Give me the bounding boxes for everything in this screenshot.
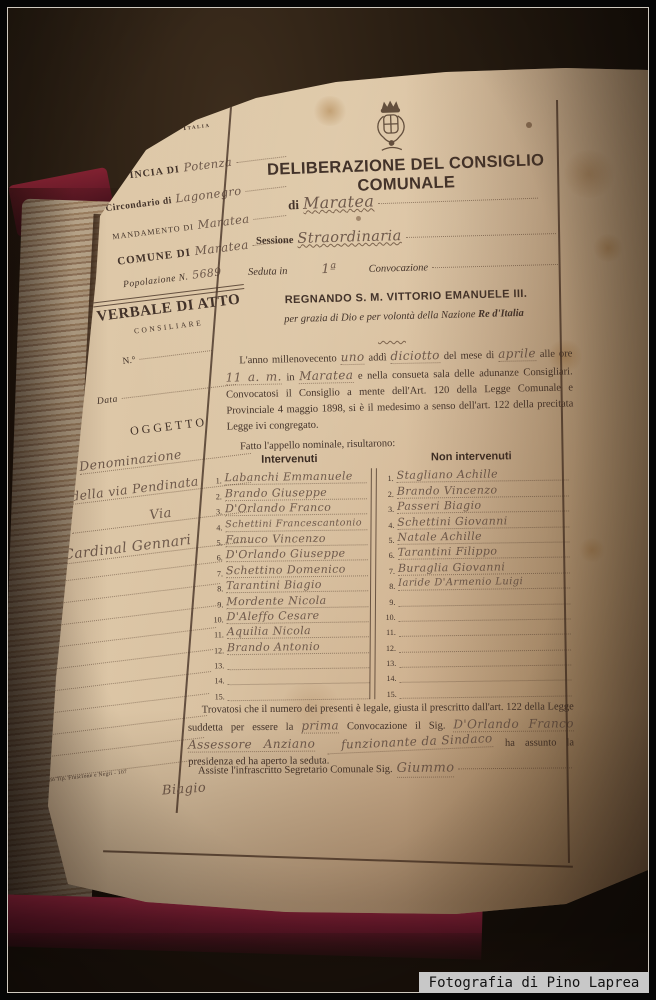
opening-hand-hour: 11 a. m. [226, 369, 282, 385]
session-label: Sessione [256, 235, 294, 247]
absent-name: Buraglia Giovanni [398, 560, 570, 575]
roll-row-present: 6.D'Orlando Giuseppe [206, 545, 368, 563]
number-label: N.° [122, 355, 136, 367]
roll-row-present: 2.Brando Giuseppe [205, 484, 367, 502]
date-row: Data [96, 380, 236, 407]
roll-row-absent: 14. [379, 666, 571, 684]
present-name: Schettino Domenico [226, 563, 368, 578]
closing-hand-insert: funzionante da Sindaco [327, 730, 493, 754]
date-label: Data [96, 395, 118, 407]
absent-header: Non intervenuti [374, 449, 568, 464]
roll-call-body: 1.Labanchi Emmanuele 2.Brando Giuseppe 3… [205, 465, 572, 701]
regnando-heading: REGNANDO S. M. VITTORIO EMANUELE III. [238, 287, 574, 308]
session-value: Straordinaria [297, 228, 402, 247]
roll-row-absent: 2.Brando Vincenzo [377, 481, 569, 499]
row-number: 13. [207, 661, 227, 670]
sidebar-blank-line [51, 626, 216, 648]
row-number: 4. [205, 523, 225, 532]
secretary-first-name: Biagio [162, 780, 207, 798]
roll-row-present: 5.Fanuco Vincenzo [205, 530, 367, 548]
sidebar-blank-line [52, 604, 218, 626]
roll-row-absent: 7.Buraglia Giovanni [378, 558, 570, 576]
present-name: Fanuco Vincenzo [225, 532, 367, 547]
secretary-surname: Giummo [397, 760, 455, 778]
roll-row-absent: 4.Schettini Giovanni [377, 512, 569, 530]
ruled-line [139, 349, 212, 360]
district-label: Circondario di [105, 196, 172, 214]
row-number: 5. [205, 538, 225, 547]
opening-print: addì [368, 352, 386, 363]
roll-row-present: 10.D'Aleffo Cesare [206, 607, 368, 625]
roll-row-present: 12.Brando Antonio [207, 638, 369, 656]
row-number: 1. [205, 477, 225, 486]
row-number: 11. [379, 628, 399, 637]
row-number: 14. [379, 674, 399, 683]
district-value: Lagonegro [175, 184, 243, 206]
present-name: D'Aleffo Cesare [226, 609, 368, 624]
row-number: 11. [207, 631, 227, 640]
roll-call: Intervenuti Non intervenuti 1.Labanchi E… [204, 449, 571, 701]
present-name: Brando Antonio [227, 640, 369, 655]
row-number: 12. [379, 644, 399, 653]
opening-hand-month: aprile [498, 346, 536, 362]
roll-call-middle-rule [369, 468, 377, 699]
ruled-line [458, 766, 572, 769]
row-number: 9. [206, 600, 226, 609]
absent-name: Iaride D'Armenio Luigi [398, 576, 570, 591]
ruled-line [122, 383, 236, 399]
age-stain [592, 234, 624, 262]
row-number: 5. [377, 536, 397, 545]
row-number: 3. [377, 505, 397, 514]
ruled-line [432, 263, 558, 268]
present-name: Brando Giuseppe [225, 486, 367, 501]
ink-flourish [378, 326, 406, 344]
row-number: 12. [207, 646, 227, 655]
roll-row-absent: 1.Stagliano Achille [377, 465, 569, 483]
roll-row-absent: 6.Tarantini Filippo [378, 542, 570, 560]
age-stain [578, 538, 606, 562]
opening-hand-year: uno [340, 350, 364, 365]
population-label: Popolazione N. [123, 272, 189, 290]
row-number: 8. [378, 582, 398, 591]
opening-print: L'anno millenovecento [239, 353, 337, 366]
row-number: 10. [207, 615, 227, 624]
row-number: 15. [380, 690, 400, 699]
roll-row-present: 3.D'Orlando Franco [205, 499, 367, 517]
row-number: 6. [206, 554, 226, 563]
roll-row-absent: 15. [380, 681, 572, 699]
roll-row-absent: 10. [378, 604, 570, 622]
opening-hand-place: Maratea [299, 368, 354, 384]
roll-row-absent: 5.Natale Achille [377, 527, 569, 545]
royal-coat-of-arms-icon [370, 99, 412, 154]
watermark-text: Fotografia di Pino Laprea [429, 975, 640, 991]
absent-name: Schettini Giovanni [397, 514, 569, 529]
di-value: Maratea [303, 191, 375, 212]
secretary-label: Assiste l'infrascritto Segretario Comuna… [198, 762, 393, 780]
absent-name: Tarantini Filippo [398, 545, 570, 560]
row-number: 15. [208, 692, 228, 701]
watermark-bar: Fotografia di Pino Laprea [419, 972, 649, 993]
mandamento-label: MANDAMENTO DI [112, 222, 194, 241]
content-bottom-rule [103, 850, 573, 867]
session-row: Sessione Straordinaria [256, 224, 556, 248]
sidebar-blank-line [53, 582, 220, 604]
roll-row-absent: 11. [379, 619, 571, 637]
ruled-line [406, 232, 556, 238]
present-name: Schettini Francescantonio [225, 517, 367, 532]
regnando-sub-bold: Re d'Italia [478, 308, 524, 320]
roll-row-present: 15. [208, 684, 370, 702]
row-number: 9. [378, 597, 398, 606]
present-column: 1.Labanchi Emmanuele 2.Brando Giuseppe 3… [205, 468, 370, 701]
ink-speck [526, 122, 532, 128]
roll-row-absent: 13. [379, 650, 571, 668]
age-stain [312, 96, 348, 126]
present-name: Mordente Nicola [226, 594, 368, 609]
regnando-sub-text: per grazia di Dio e per volontà della Na… [284, 309, 476, 325]
opening-print: in [286, 372, 294, 383]
present-name: Tarantini Biagio [226, 578, 368, 593]
comune-value: Maratea [194, 238, 250, 259]
row-number: 8. [206, 584, 226, 593]
closing-print: Convocazione il Sig. [347, 720, 445, 732]
roll-row-absent: 12. [379, 635, 571, 653]
present-name: D'Orlando Giuseppe [226, 548, 368, 563]
photo-frame: Regno d'Italia PROVINCIA DI Potenza Circ… [0, 0, 656, 1000]
seduta-row: Seduta in 1ª Convocazione [248, 256, 558, 279]
absent-name: Natale Achille [397, 529, 569, 544]
opening-paragraph: L'anno millenovecento uno addì diciotto … [225, 344, 574, 435]
present-name: Aquilia Nicola [227, 625, 369, 640]
row-number: 14. [207, 677, 227, 686]
comune-label: COMUNE DI [117, 247, 192, 268]
opening-print: del mese di [444, 350, 495, 362]
oggetto-label: OGGETTO [92, 410, 245, 443]
mandamento-value: Maratea [197, 212, 250, 232]
row-number: 4. [377, 520, 397, 529]
row-number: 1. [377, 474, 397, 483]
regnando-subheading: per grazia di Dio e per volontà della Na… [226, 306, 582, 326]
roll-row-present: 9.Mordente Nicola [206, 591, 368, 609]
secretary-line: Assiste l'infrascritto Segretario Comuna… [198, 759, 572, 779]
kingdom-label: Regno d'Italia [121, 118, 233, 140]
absent-name [400, 695, 572, 698]
row-number: 7. [206, 569, 226, 578]
number-row: N.° [122, 346, 213, 367]
present-header: Intervenuti [204, 452, 374, 466]
present-name: Labanchi Emmanuele [225, 471, 367, 486]
roll-row-present: 1.Labanchi Emmanuele [205, 468, 367, 486]
province-label: PROVINCIA DI [97, 164, 181, 185]
roll-row-absent: 8.Iaride D'Armenio Luigi [378, 573, 570, 591]
roll-row-present: 7.Schettino Domenico [206, 561, 368, 579]
row-number: 10. [379, 613, 399, 622]
roll-row-absent: 3.Passeri Biagio [377, 496, 569, 514]
seduta-value: 1ª [321, 262, 337, 277]
roll-row-present: 11.Aquilia Nicola [207, 622, 369, 640]
document-page: Regno d'Italia PROVINCIA DI Potenza Circ… [26, 58, 649, 938]
closing-hand-prima: prima [301, 718, 339, 733]
sidebar-blank-line [55, 560, 222, 582]
present-name: D'Orlando Franco [225, 501, 367, 516]
seduta-label: Seduta in [248, 266, 288, 278]
ruled-line [378, 197, 538, 205]
absent-name: Brando Vincenzo [397, 483, 569, 498]
ruled-line [253, 214, 286, 220]
absent-column: 1.Stagliano Achille 2.Brando Vincenzo 3.… [377, 465, 572, 699]
row-number: 2. [205, 492, 225, 501]
row-number: 2. [377, 490, 397, 499]
roll-row-absent: 9. [378, 589, 570, 607]
opening-hand-day: diciotto [390, 348, 440, 364]
roll-row-present: 8.Tarantini Biagio [206, 576, 368, 594]
absent-name: Passeri Biagio [397, 499, 569, 514]
ink-speck [356, 216, 361, 221]
roll-row-present: 14. [207, 668, 369, 686]
convocazione-label: Convocazione [369, 262, 429, 275]
row-number: 13. [379, 659, 399, 668]
absent-name: Stagliano Achille [397, 468, 569, 483]
di-label: di [288, 197, 299, 213]
row-number: 6. [378, 551, 398, 560]
opening-print: alle ore [540, 348, 573, 360]
roll-row-present: 13. [207, 653, 369, 671]
row-number: 3. [205, 507, 225, 516]
roll-row-present: 4.Schettini Francescantonio [205, 514, 367, 532]
row-number: 7. [378, 567, 398, 576]
photo: Regno d'Italia PROVINCIA DI Potenza Circ… [7, 7, 649, 993]
